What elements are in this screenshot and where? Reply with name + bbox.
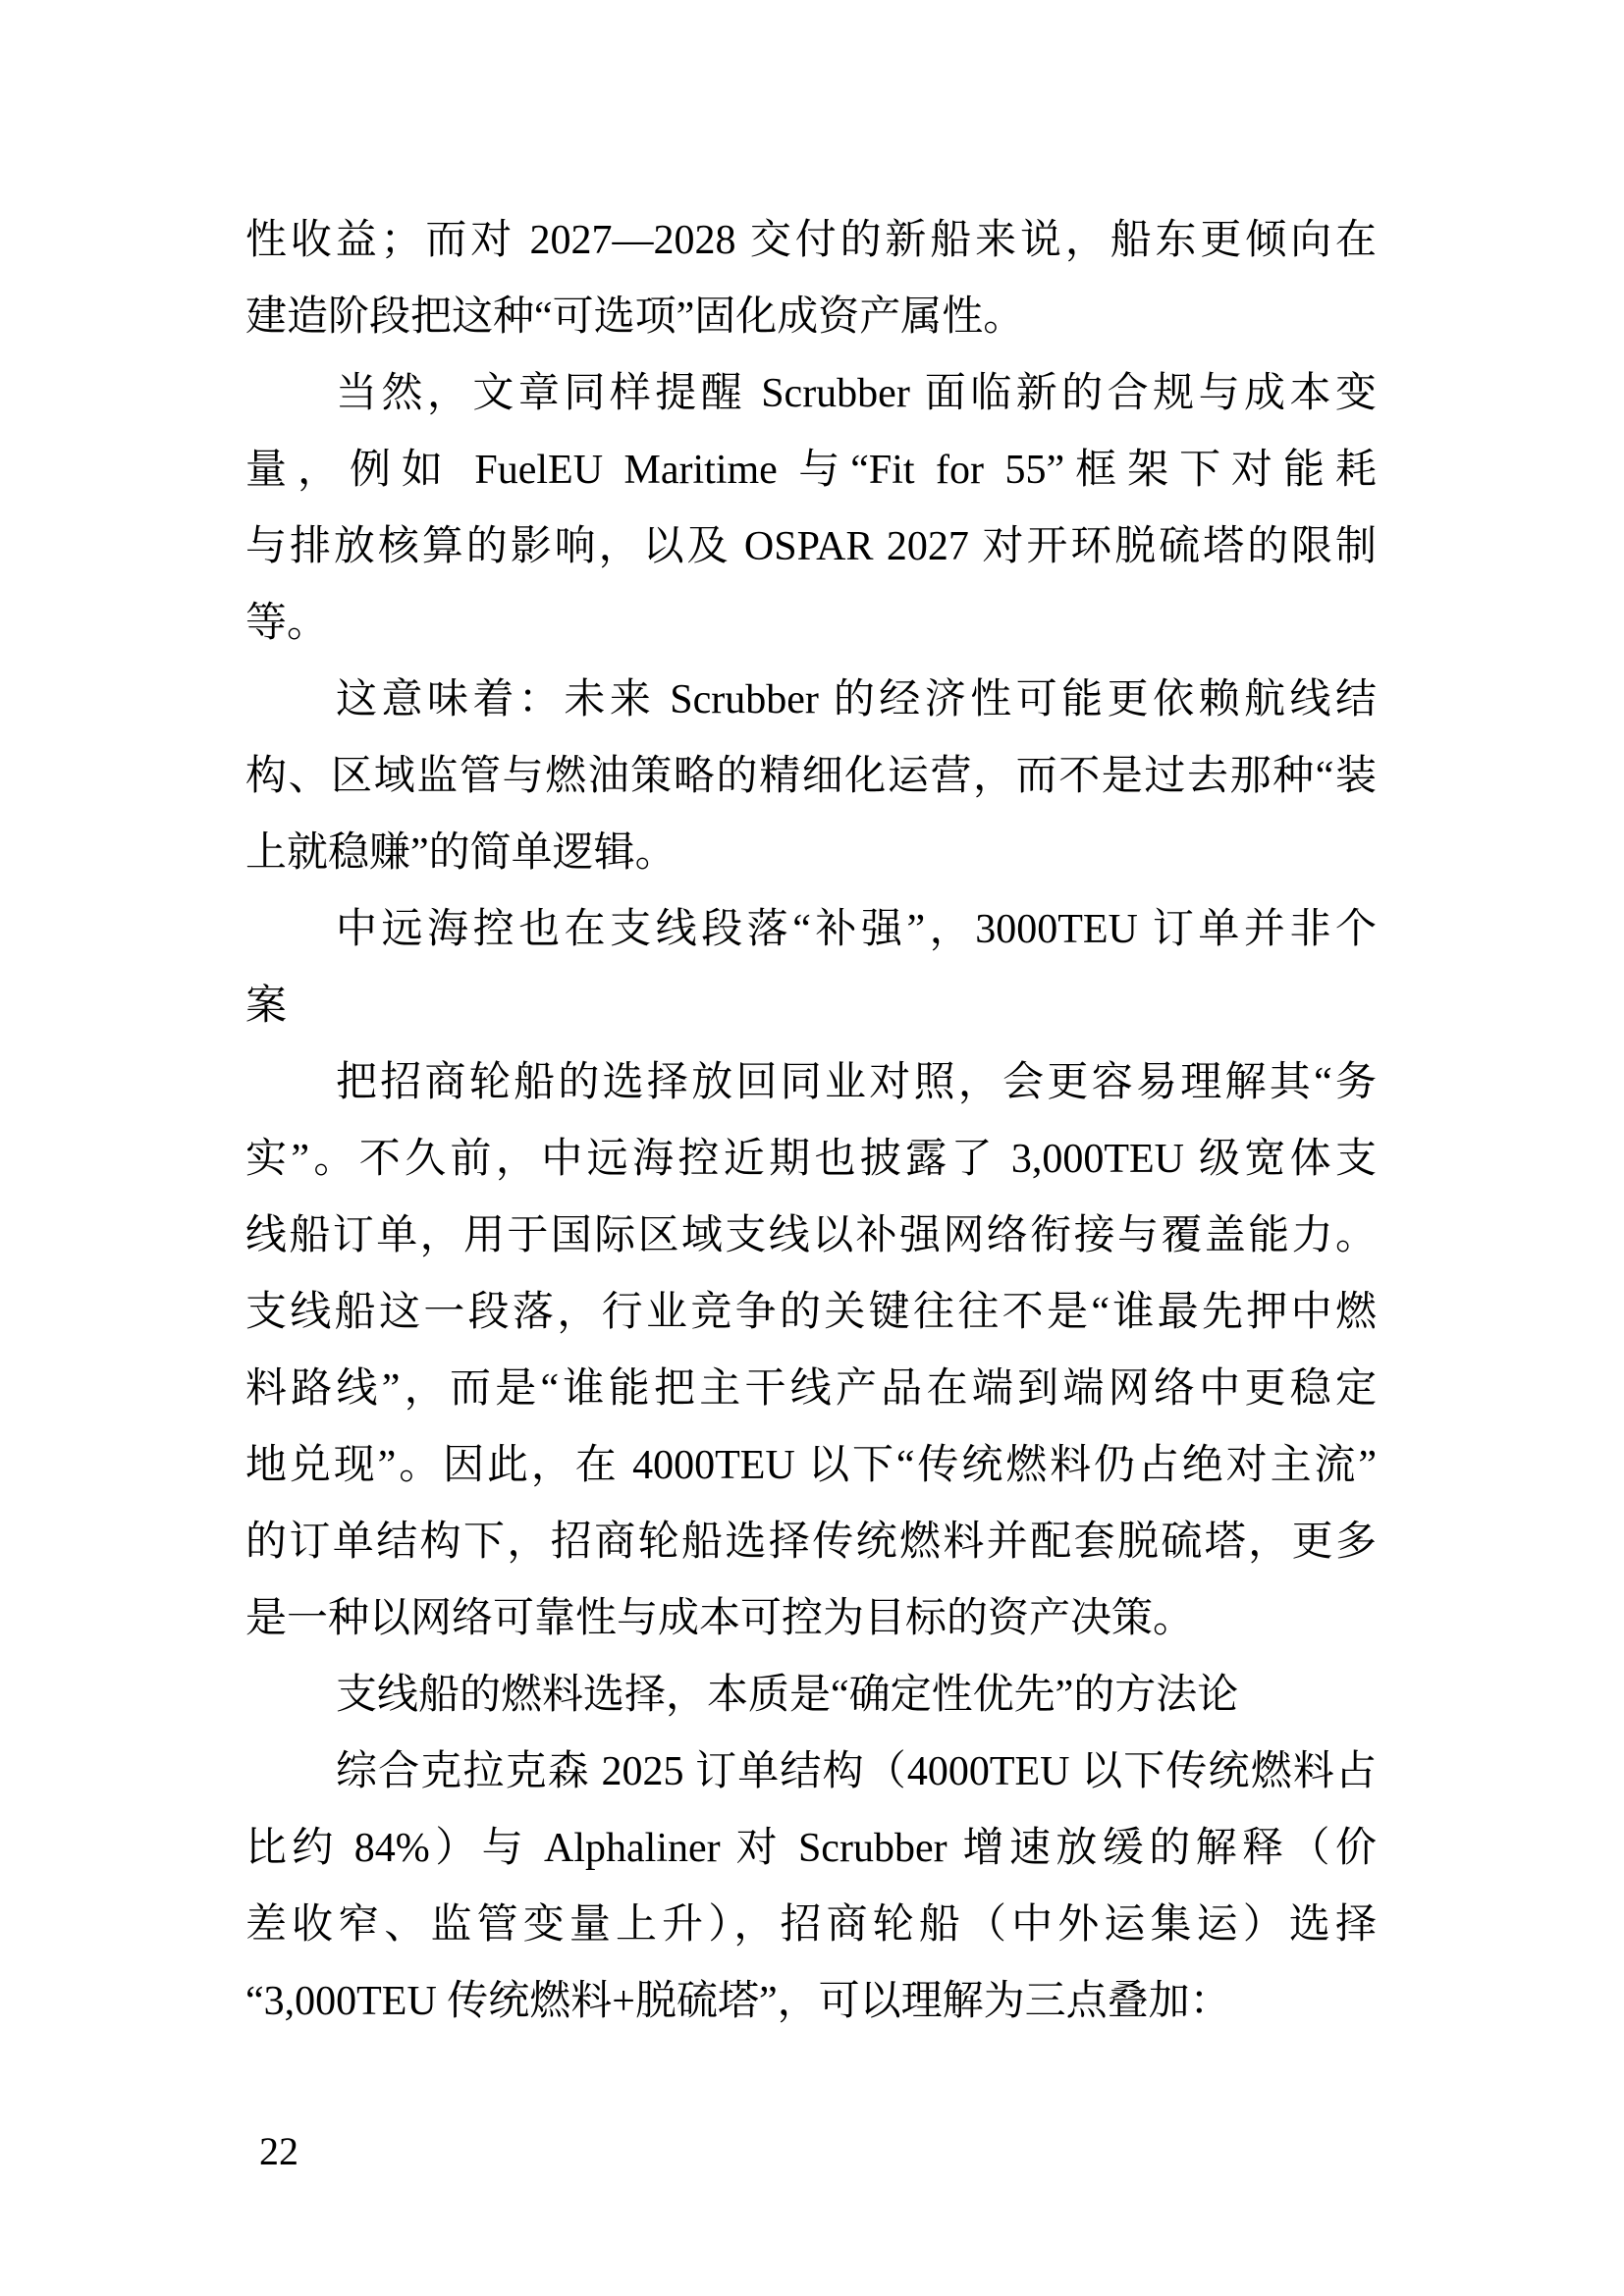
text-line: 支线船这一段落，行业竞争的关键往往不是“谁最先押中燃 (245, 1274, 1377, 1351)
text-line: 等。 (245, 585, 1377, 662)
text-line: 当然，文章同样提醒 Scrubber 面临新的合规与成本变 (245, 355, 1377, 432)
text-line: 案 (245, 968, 1377, 1044)
text-line: 是一种以网络可靠性与成本可控为目标的资产决策。 (245, 1580, 1377, 1657)
text-line: 差收窄、监管变量上升），招商轮船（中外运集运）选择 (245, 1887, 1377, 1963)
body-text-block: 性收益；而对 2027—2028 交付的新船来说，船东更倾向在建造阶段把这种“可… (245, 202, 1377, 2040)
text-line: 构、区域监管与燃油策略的精细化运营，而不是过去那种“装 (245, 738, 1377, 815)
text-line: 料路线”，而是“谁能把主干线产品在端到端网络中更稳定 (245, 1351, 1377, 1427)
document-page: 性收益；而对 2027—2028 交付的新船来说，船东更倾向在建造阶段把这种“可… (0, 0, 1624, 2296)
text-line: “3,000TEU 传统燃料+脱硫塔”，可以理解为三点叠加： (245, 1963, 1377, 2040)
text-line: 实”。不久前，中远海控近期也披露了 3,000TEU 级宽体支 (245, 1121, 1377, 1198)
text-line: 性收益；而对 2027—2028 交付的新船来说，船东更倾向在 (245, 202, 1377, 279)
text-line: 线船订单，用于国际区域支线以补强网络衔接与覆盖能力。 (245, 1198, 1377, 1274)
text-line: 综合克拉克森 2025 订单结构（4000TEU 以下传统燃料占 (245, 1734, 1377, 1810)
text-line: 的订单结构下，招商轮船选择传统燃料并配套脱硫塔，更多 (245, 1504, 1377, 1580)
text-line: 比约 84%）与 Alphaliner 对 Scrubber 增速放缓的解释（价 (245, 1810, 1377, 1887)
text-line: 支线船的燃料选择，本质是“确定性优先”的方法论 (245, 1657, 1377, 1734)
text-line: 中远海控也在支线段落“补强”，3000TEU 订单并非个 (245, 891, 1377, 968)
page-number: 22 (259, 2128, 298, 2175)
text-line: 地兑现”。因此，在 4000TEU 以下“传统燃料仍占绝对主流” (245, 1427, 1377, 1504)
text-line: 这意味着：未来 Scrubber 的经济性可能更依赖航线结 (245, 662, 1377, 738)
text-line: 建造阶段把这种“可选项”固化成资产属性。 (245, 279, 1377, 355)
text-line: 把招商轮船的选择放回同业对照，会更容易理解其“务 (245, 1044, 1377, 1121)
text-line: 上就稳赚”的简单逻辑。 (245, 815, 1377, 891)
text-line: 量，例如 FuelEU Maritime 与“Fit for 55”框架下对能耗 (245, 432, 1377, 508)
text-line: 与排放核算的影响，以及 OSPAR 2027 对开环脱硫塔的限制 (245, 508, 1377, 585)
